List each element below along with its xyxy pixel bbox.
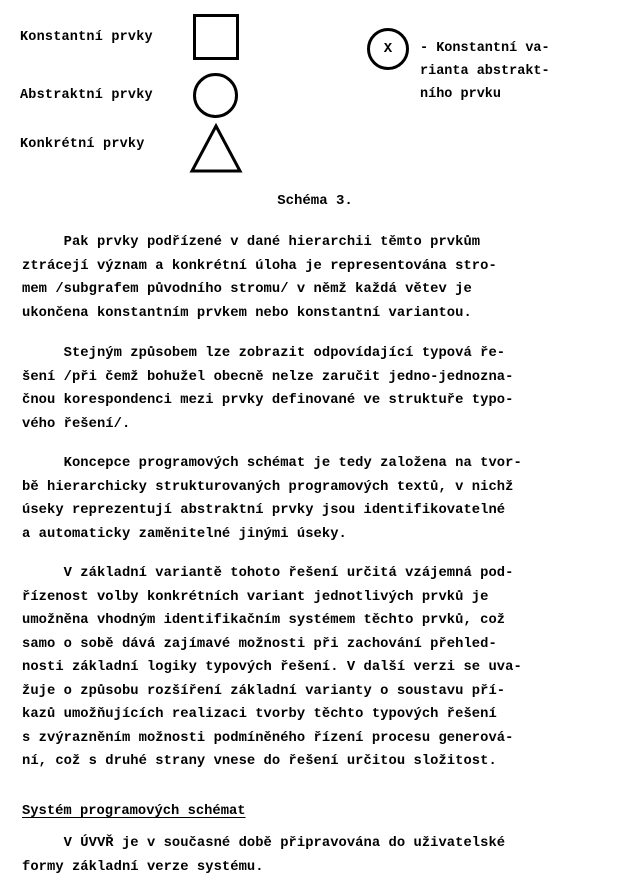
paragraph-2: Stejným způsobem lze zobrazit odpovídají… bbox=[22, 342, 622, 436]
square-icon bbox=[193, 14, 239, 60]
section-paragraph: V ÚVVŘ je v současné době připravována d… bbox=[22, 832, 622, 879]
figure-caption: Schéma 3. bbox=[0, 193, 630, 209]
circled-x-icon: X bbox=[367, 28, 409, 70]
variant-description: - Konstantní va- rianta abstrakt- ního p… bbox=[420, 37, 550, 106]
triangle-icon bbox=[188, 123, 244, 175]
paragraph-4: V základní variantě tohoto řešení určitá… bbox=[22, 562, 622, 774]
circle-icon bbox=[193, 73, 238, 118]
section-heading: Systém programových schémat bbox=[22, 804, 246, 819]
paragraph-1: Pak prvky podřízené v dané hierarchii tě… bbox=[22, 231, 622, 325]
legend-label-concrete: Konkrétní prvky bbox=[20, 137, 145, 152]
legend-label-abstract: Abstraktní prvky bbox=[20, 88, 153, 103]
paragraph-3: Koncepce programových schémat je tedy za… bbox=[22, 452, 622, 546]
variant-symbol: X bbox=[384, 41, 392, 57]
legend-label-constant: Konstantní prvky bbox=[20, 30, 153, 45]
